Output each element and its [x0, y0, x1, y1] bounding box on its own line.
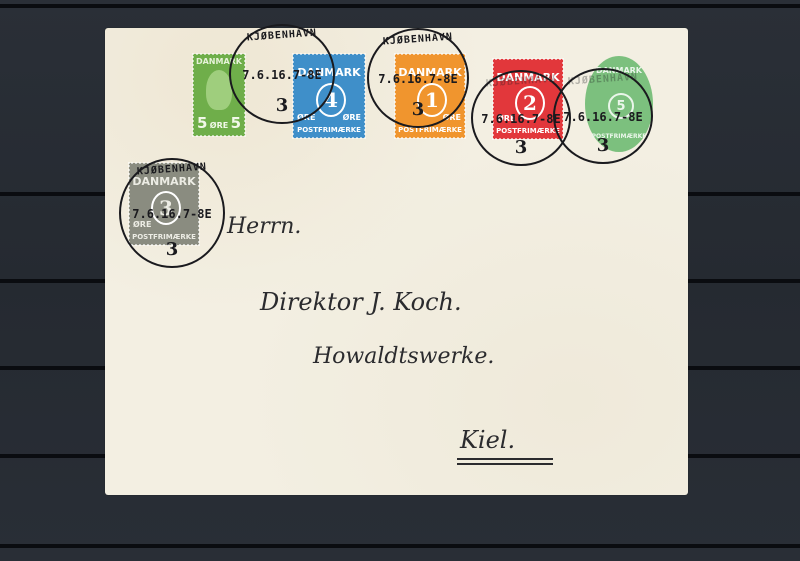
postmark-office: 3 — [121, 239, 223, 260]
postmark-city: KJØBENHAVN — [231, 26, 334, 44]
postmark: KJØBENHAVN 7.6.16.7-8E 3 — [119, 158, 225, 268]
stamp-bottom-label: POSTFRIMÆRKE — [395, 126, 465, 134]
postmark-office: 3 — [369, 99, 467, 120]
stamp-bottom-label: POSTFRIMÆRKE — [293, 126, 365, 134]
album-strip — [0, 544, 800, 548]
address-salutation: Herrn. — [227, 214, 301, 239]
city-underline — [457, 458, 553, 460]
address-name: Direktor J. Koch. — [260, 288, 462, 316]
postmark: KJØBENHAVN 7.6.16.7-8E 3 — [367, 28, 469, 128]
address-company: Howaldtswerke. — [313, 344, 494, 369]
city-underline — [457, 463, 553, 465]
postmark-date: 7.6.16.7-8E — [369, 72, 467, 86]
stamp-unit: ØRE — [193, 121, 245, 130]
postmark: KJØBENHAVN 7.6.16.7-8E 3 — [553, 68, 653, 164]
address-city: Kiel. — [460, 426, 515, 454]
postmark-office: 3 — [231, 95, 333, 116]
album-strip — [0, 4, 800, 8]
postmark-date: 7.6.16.7-8E — [121, 207, 223, 221]
postmark-date: 7.6.16.7-8E — [555, 110, 651, 124]
envelope: DANMARK 5 5 ØRE DANMARK 4 ØRE ØRE POSTFR… — [105, 28, 688, 495]
postmark: KJØBENHAVN 7.6.16.7-8E 3 — [229, 24, 335, 124]
postmark-city: KJØBENHAVN — [555, 71, 652, 89]
postmark-city: KJØBENHAVN — [369, 31, 468, 49]
stamp-unit: ØRE — [343, 113, 361, 122]
postmark-office: 3 — [555, 135, 651, 156]
postmark-date: 7.6.16.7-8E — [231, 68, 333, 82]
